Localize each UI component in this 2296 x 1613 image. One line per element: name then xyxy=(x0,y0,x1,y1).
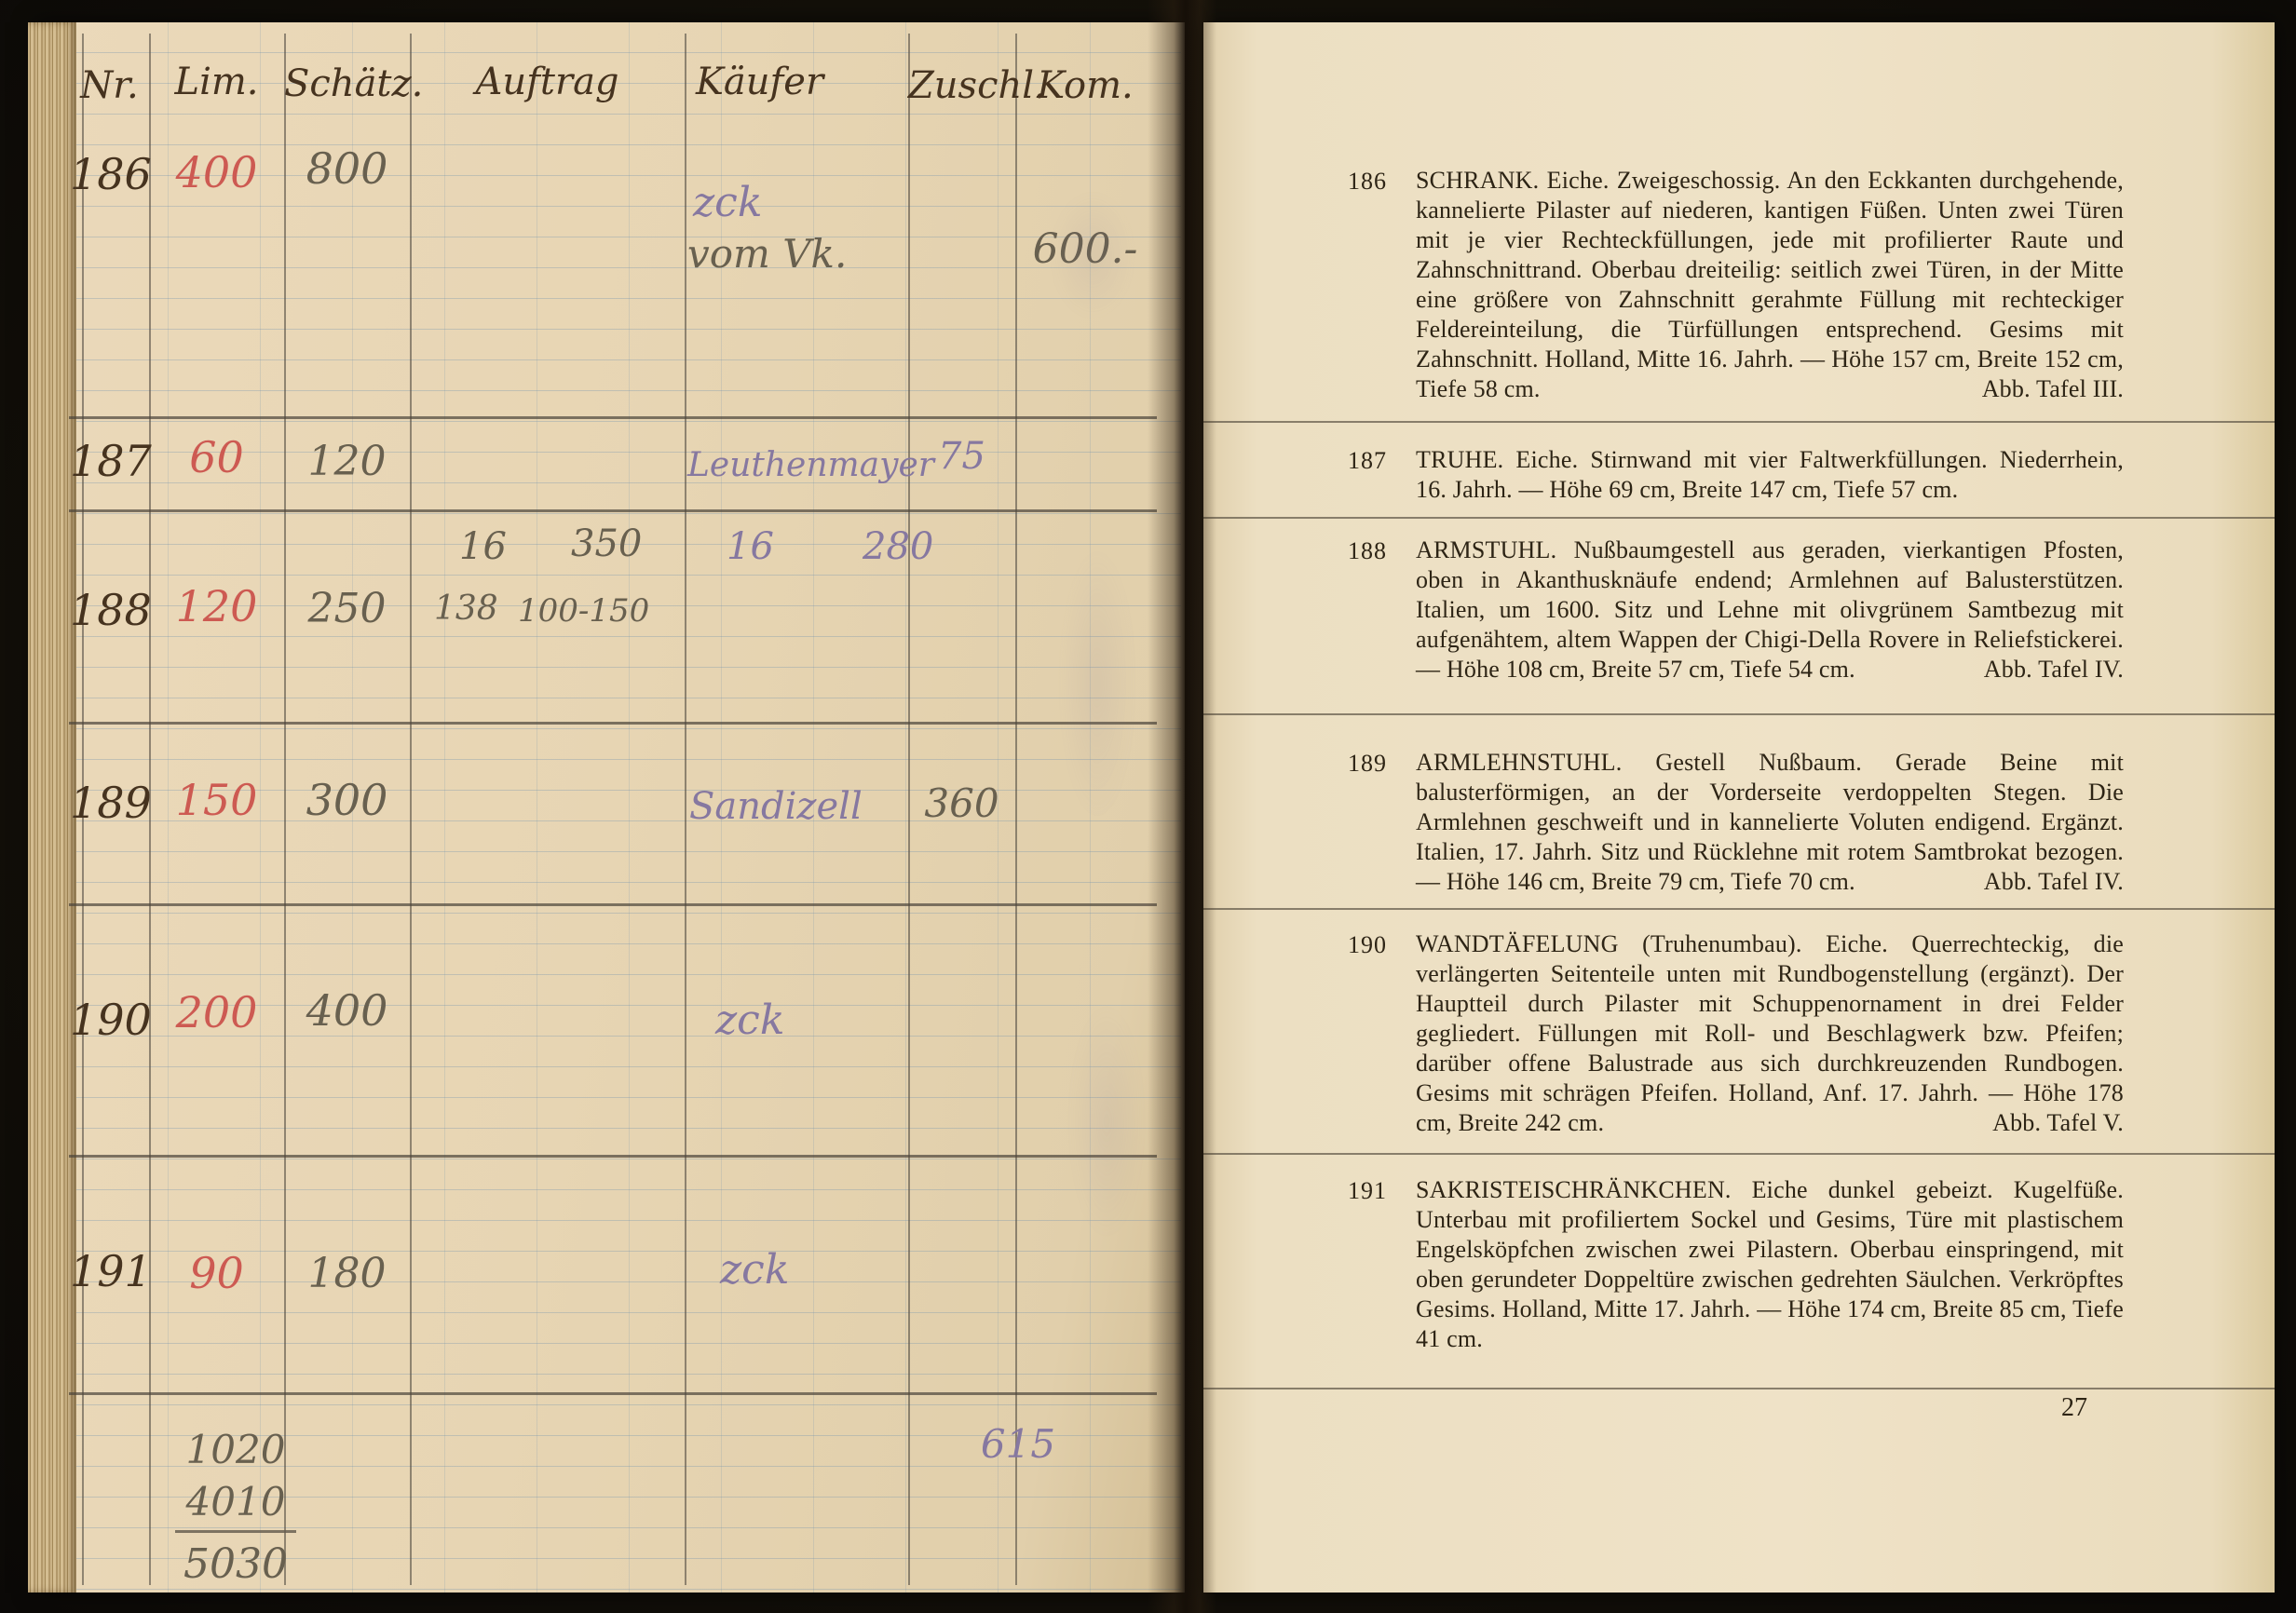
ink-bleed-smudge xyxy=(1069,1000,1144,1242)
lot-189-hammer-price: 360 xyxy=(908,784,1015,823)
catalog-entry-191: 191 SAKRISTEISCHRÄNKCHEN. Eiche dunkel g… xyxy=(1348,1175,2124,1354)
lot-189-estimate: 300 xyxy=(284,779,410,821)
lot-188-hammer-price: 280 xyxy=(863,528,933,565)
lot-description: ARMLEHNSTUHL. Gestell Nußbaum. Gerade Be… xyxy=(1416,748,2124,897)
lot-description: WANDTÄFELUNG (Truhenumbau). Eiche. Querr… xyxy=(1416,929,2124,1138)
lot-188-limit: 120 xyxy=(149,585,284,628)
column-header-auftrag: Auftrag xyxy=(410,63,685,101)
row-separator-line xyxy=(69,1392,1157,1395)
plate-reference: Abb. Tafel III. xyxy=(1965,374,2124,404)
lot-188-buyer: 16 xyxy=(727,528,774,565)
lot-187-buyer: Leuthenmayer xyxy=(687,449,934,482)
lot-186-buyer: zck xyxy=(693,183,763,224)
lot-190-limit: 200 xyxy=(149,991,284,1034)
lot-description-text: TRUHE. Eiche. Stirnwand mit vier Faltwer… xyxy=(1416,446,2124,503)
catalog-entry-189: 189 ARMLEHNSTUHL. Gestell Nußbaum. Gerad… xyxy=(1348,748,2124,897)
row-separator-line xyxy=(69,416,1157,419)
lot-189-buyer: Sandizell xyxy=(689,788,863,825)
lot-187-hammer-price: 75 xyxy=(908,438,1015,475)
column-header-kaeufer: Käufer xyxy=(685,63,908,101)
entry-separator-line xyxy=(1203,713,2275,715)
lot-186-buyer-note: vom Vk. xyxy=(687,235,847,274)
row-separator-line xyxy=(69,903,1157,906)
lot-188-bid-1: 16 xyxy=(459,528,507,565)
lot-number: 187 xyxy=(1348,447,1387,475)
hammer-total: 615 xyxy=(967,1425,1069,1464)
lot-number: 190 xyxy=(1348,931,1387,959)
catalog-entry-186: 186 SCHRANK. Eiche. Zweigeschossig. An d… xyxy=(1348,166,2124,404)
lot-186-estimate: 800 xyxy=(284,147,410,190)
column-header-nr: Nr. xyxy=(70,67,149,104)
row-separator-line xyxy=(69,722,1157,725)
lot-188-order-2: 100-150 xyxy=(518,595,649,627)
row-separator-line xyxy=(69,509,1157,512)
lot-191-buyer: zck xyxy=(720,1250,790,1291)
column-divider xyxy=(685,34,686,1585)
catalog-entry-187: 187 TRUHE. Eiche. Stirnwand mit vier Fal… xyxy=(1348,445,2124,505)
lot-description: TRUHE. Eiche. Stirnwand mit vier Faltwer… xyxy=(1416,445,2124,505)
book-gutter xyxy=(1148,0,1216,1613)
entry-separator-line xyxy=(1203,421,2275,423)
limit-subtotal-1: 1020 xyxy=(175,1430,296,1470)
column-header-schaetz: Schätz. xyxy=(284,65,410,102)
limit-grand-total: 5030 xyxy=(170,1544,301,1585)
lot-188-bid-2: 350 xyxy=(571,525,642,563)
ink-bleed-smudge xyxy=(1060,544,1134,823)
lot-188-estimate: 250 xyxy=(284,589,410,630)
catalog-entry-188: 188 ARMSTUHL. Nußbaumgestell aus geraden… xyxy=(1348,535,2124,685)
lot-190-number: 190 xyxy=(70,998,149,1041)
lot-186-number: 186 xyxy=(70,153,149,196)
row-separator-line xyxy=(69,1155,1157,1158)
ink-bleed-smudge xyxy=(1051,190,1134,320)
plate-reference: Abb. Tafel V. xyxy=(1976,1108,2124,1138)
lot-description: SAKRISTEISCHRÄNKCHEN. Eiche dunkel gebei… xyxy=(1416,1175,2124,1354)
auction-book-scan: { "book": { "left_page": { "headers": { … xyxy=(0,0,2296,1613)
lot-187-estimate: 120 xyxy=(284,441,410,482)
lot-189-limit: 150 xyxy=(149,779,284,821)
lot-190-buyer: zck xyxy=(715,1000,785,1041)
lot-190-estimate: 400 xyxy=(284,989,410,1032)
lot-description: ARMSTUHL. Nußbaumgestell aus geraden, vi… xyxy=(1416,535,2124,685)
column-divider xyxy=(410,34,412,1585)
catalog-entry-190: 190 WANDTÄFELUNG (Truhenumbau). Eiche. Q… xyxy=(1348,929,2124,1138)
entry-separator-line xyxy=(1203,517,2275,519)
lot-191-number: 191 xyxy=(70,1250,149,1293)
plate-reference: Abb. Tafel IV. xyxy=(1967,867,2124,897)
lot-description-text: SCHRANK. Eiche. Zweigeschossig. An den E… xyxy=(1416,167,2124,402)
column-header-lim: Lim. xyxy=(149,63,284,101)
lot-number: 186 xyxy=(1348,168,1387,196)
lot-187-number: 187 xyxy=(70,440,149,482)
lot-number: 189 xyxy=(1348,750,1387,778)
ledger-page: Nr. Lim. Schätz. Auftrag Käufer Zuschl. … xyxy=(35,22,1185,1593)
lot-description: SCHRANK. Eiche. Zweigeschossig. An den E… xyxy=(1416,166,2124,404)
limit-subtotal-2: 4010 xyxy=(175,1483,296,1533)
catalog-page: 186 SCHRANK. Eiche. Zweigeschossig. An d… xyxy=(1203,22,2275,1593)
plate-reference: Abb. Tafel IV. xyxy=(1967,655,2124,685)
lot-number: 191 xyxy=(1348,1177,1387,1205)
lot-189-number: 189 xyxy=(70,781,149,824)
lot-187-limit: 60 xyxy=(149,436,284,479)
entry-separator-line xyxy=(1203,1388,2275,1389)
lot-188-number: 188 xyxy=(70,589,149,631)
lot-188-order-1: 138 xyxy=(434,592,498,626)
lot-description-text: WANDTÄFELUNG (Truhenumbau). Eiche. Querr… xyxy=(1416,930,2124,1136)
lot-description-text: SAKRISTEISCHRÄNKCHEN. Eiche dunkel gebei… xyxy=(1416,1176,2124,1352)
lot-191-limit: 90 xyxy=(149,1252,284,1294)
lot-number: 188 xyxy=(1348,537,1387,565)
lot-186-limit: 400 xyxy=(149,151,284,194)
entry-separator-line xyxy=(1203,1153,2275,1155)
column-header-komm: Kom. xyxy=(1015,67,1155,104)
lot-191-estimate: 180 xyxy=(284,1254,410,1294)
column-header-zuschl: Zuschl. xyxy=(908,67,1015,104)
entry-separator-line xyxy=(1203,908,2275,910)
page-number: 27 xyxy=(2042,1393,2107,1423)
